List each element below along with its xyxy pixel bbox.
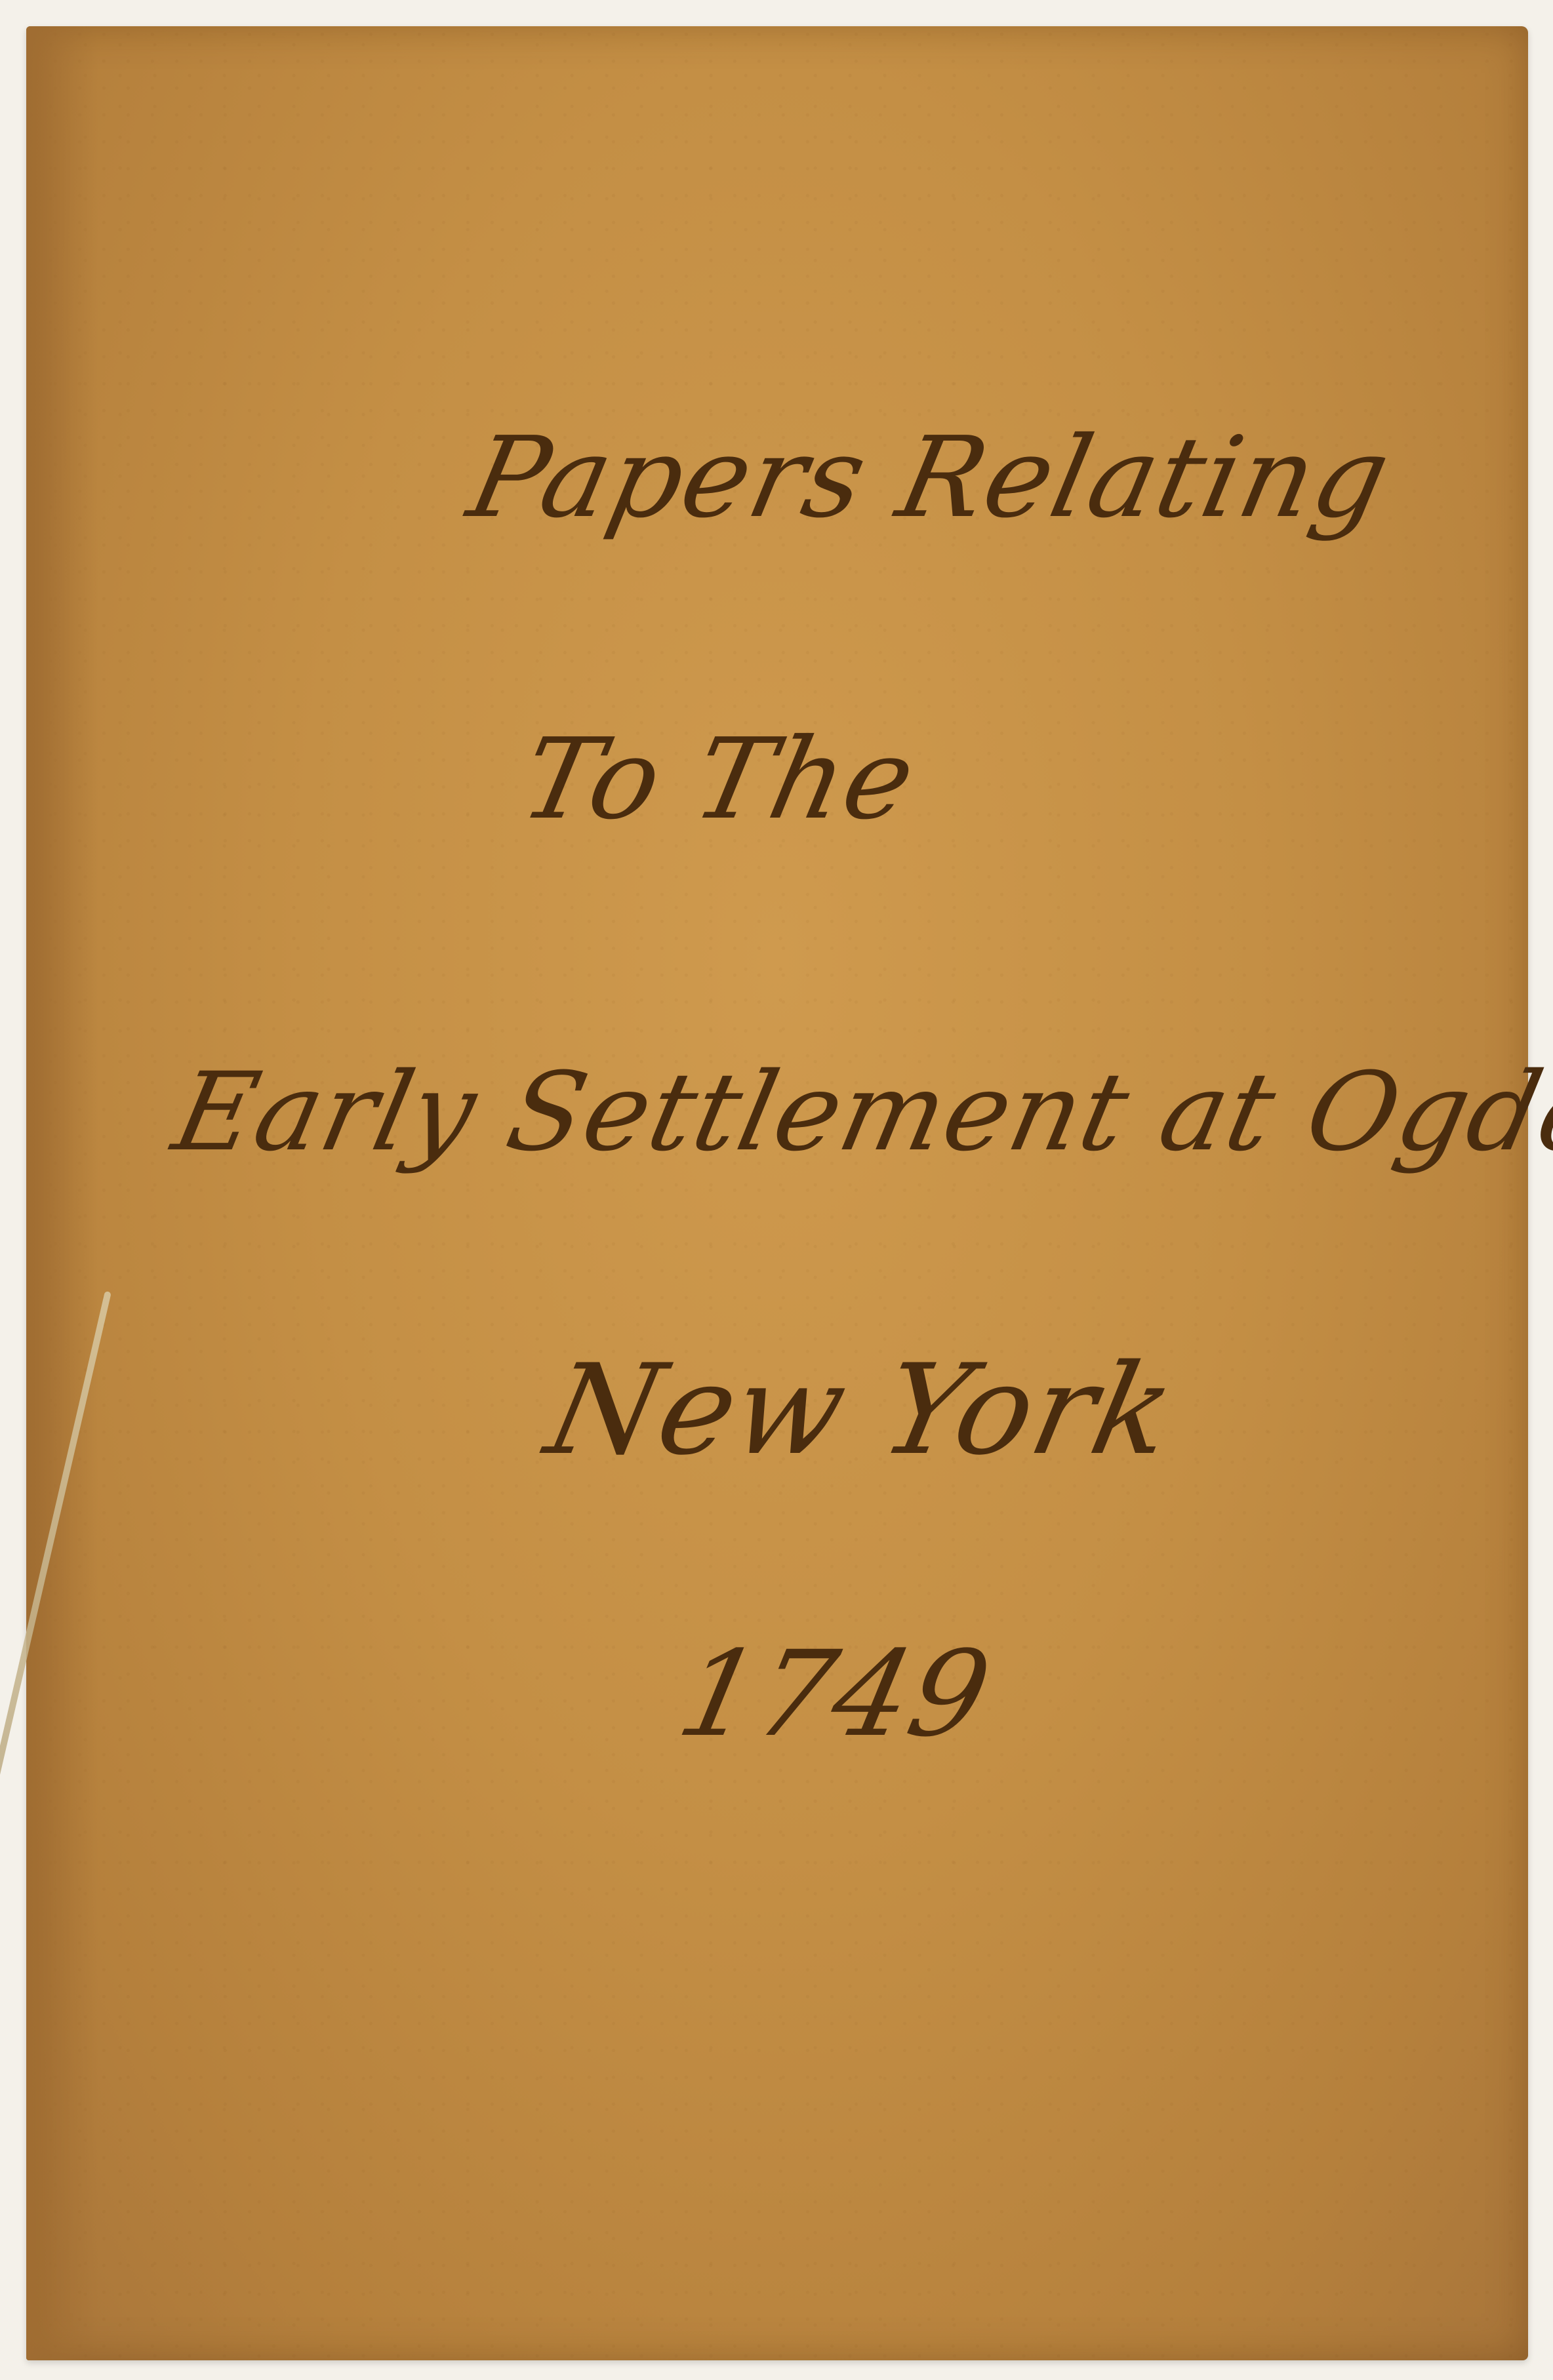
stitched-spine-edge	[26, 26, 98, 2360]
title-line-3: Early Settlement at Ogdensburgh	[164, 1049, 1553, 1175]
pamphlet-cover: Papers Relating To The Early Settlement …	[26, 26, 1528, 2360]
date-line: 1749	[668, 1626, 1003, 1763]
title-line-2: To The	[511, 715, 927, 844]
title-line-4: New York	[536, 1338, 1188, 1482]
title-line-1: Papers Relating	[458, 413, 1401, 543]
